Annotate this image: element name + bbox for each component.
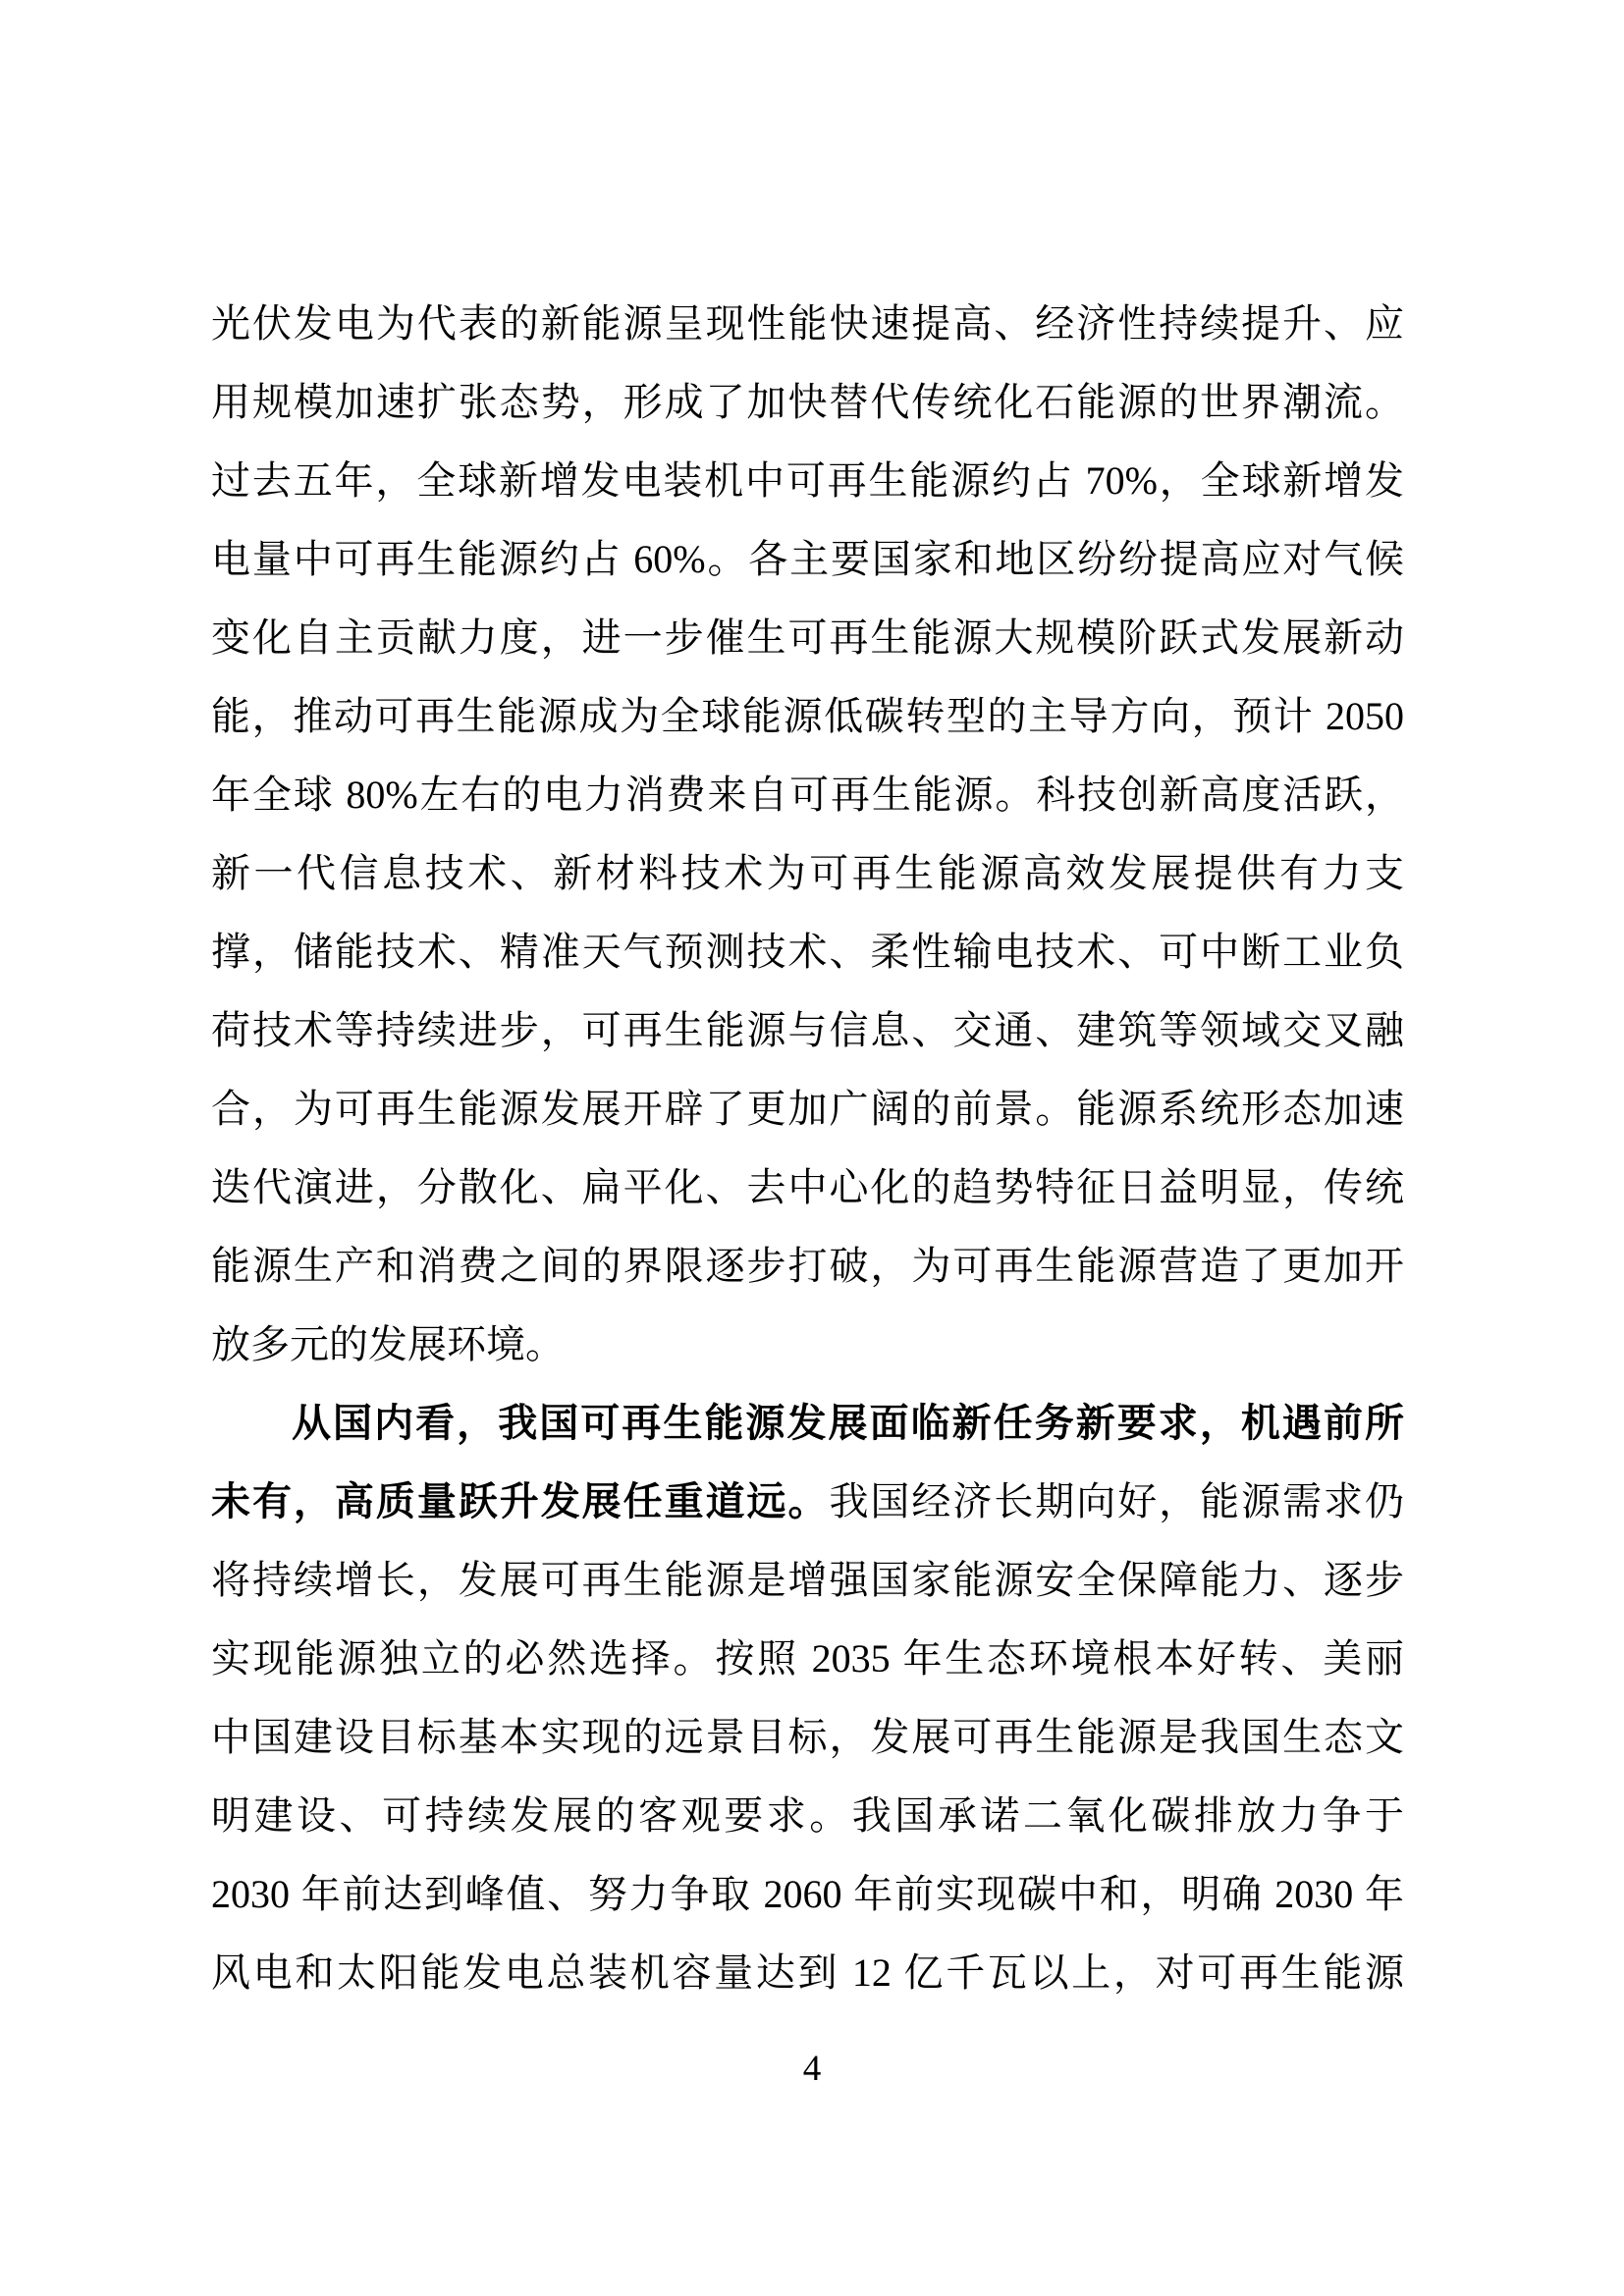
text-line: 新一代信息技术、新材料技术为可再生能源高效发展提供有力支 <box>211 834 1404 913</box>
text-segment: 年全球 80%左右的电力消费来自可再生能源。科技创新高度活跃， <box>211 773 1404 817</box>
paragraph-domestic-outlook: 从国内看，我国可再生能源发展面临新任务新要求，机遇前所未有，高质量跃升发展任重道… <box>211 1384 1404 2012</box>
text-line: 实现能源独立的必然选择。按照 2035 年生态环境根本好转、美丽 <box>211 1620 1404 1698</box>
text-segment: 放多元的发展环境。 <box>211 1322 565 1366</box>
text-segment: 变化自主贡献力度，进一步催生可再生能源大规模阶跃式发展新动 <box>211 615 1404 660</box>
emphasis-text-segment: 未有，高质量跃升发展任重道远。 <box>211 1479 829 1523</box>
text-segment: 中国建设目标基本实现的远景目标，发展可再生能源是我国生态文 <box>211 1715 1404 1759</box>
text-line: 过去五年，全球新增发电装机中可再生能源约占 70%，全球新增发 <box>211 442 1404 520</box>
text-line: 变化自主贡献力度，进一步催生可再生能源大规模阶跃式发展新动 <box>211 599 1404 677</box>
text-line: 用规模加速扩张态势，形成了加快替代传统化石能源的世界潮流。 <box>211 363 1404 442</box>
text-line: 未有，高质量跃升发展任重道远。我国经济长期向好，能源需求仍 <box>211 1463 1404 1541</box>
text-segment: 迭代演进，分散化、扁平化、去中心化的趋势特征日益明显，传统 <box>211 1165 1404 1209</box>
text-segment: 过去五年，全球新增发电装机中可再生能源约占 70%，全球新增发 <box>211 458 1404 503</box>
document-page: 光伏发电为代表的新能源呈现性能快速提高、经济性持续提升、应用规模加速扩张态势，形… <box>0 0 1624 2296</box>
text-line: 中国建设目标基本实现的远景目标，发展可再生能源是我国生态文 <box>211 1698 1404 1777</box>
text-segment: 新一代信息技术、新材料技术为可再生能源高效发展提供有力支 <box>211 851 1404 895</box>
text-segment: 我国经济长期向好，能源需求仍 <box>829 1479 1404 1523</box>
text-segment: 风电和太阳能发电总装机容量达到 12 亿千瓦以上，对可再生能源 <box>211 1950 1404 1995</box>
text-segment: 撑，储能技术、精准天气预测技术、柔性输电技术、可中断工业负 <box>211 930 1404 974</box>
text-line: 能，推动可再生能源成为全球能源低碳转型的主导方向，预计 2050 <box>211 677 1404 756</box>
page-number: 4 <box>803 2049 822 2089</box>
text-line: 从国内看，我国可再生能源发展面临新任务新要求，机遇前所 <box>211 1384 1404 1463</box>
text-segment: 能，推动可再生能源成为全球能源低碳转型的主导方向，预计 2050 <box>211 694 1404 738</box>
paragraph-global-trends: 光伏发电为代表的新能源呈现性能快速提高、经济性持续提升、应用规模加速扩张态势，形… <box>211 285 1404 1384</box>
text-segment: 光伏发电为代表的新能源呈现性能快速提高、经济性持续提升、应 <box>211 301 1404 346</box>
text-line: 能源生产和消费之间的界限逐步打破，为可再生能源营造了更加开 <box>211 1227 1404 1306</box>
text-line: 合，为可再生能源发展开辟了更加广阔的前景。能源系统形态加速 <box>211 1070 1404 1148</box>
text-segment: 荷技术等持续进步，可再生能源与信息、交通、建筑等领域交叉融 <box>211 1008 1404 1052</box>
text-segment: 明建设、可持续发展的客观要求。我国承诺二氧化碳排放力争于 <box>211 1793 1404 1838</box>
text-segment: 实现能源独立的必然选择。按照 2035 年生态环境根本好转、美丽 <box>211 1636 1404 1681</box>
text-line: 2030 年前达到峰值、努力争取 2060 年前实现碳中和，明确 2030 年 <box>211 1855 1404 1934</box>
text-line: 光伏发电为代表的新能源呈现性能快速提高、经济性持续提升、应 <box>211 285 1404 363</box>
text-segment: 用规模加速扩张态势，形成了加快替代传统化石能源的世界潮流。 <box>211 380 1404 424</box>
text-line: 风电和太阳能发电总装机容量达到 12 亿千瓦以上，对可再生能源 <box>211 1934 1404 2012</box>
text-segment: 能源生产和消费之间的界限逐步打破，为可再生能源营造了更加开 <box>211 1244 1404 1288</box>
text-line: 电量中可再生能源约占 60%。各主要国家和地区纷纷提高应对气候 <box>211 520 1404 599</box>
text-line: 放多元的发展环境。 <box>211 1306 1404 1384</box>
text-line: 年全球 80%左右的电力消费来自可再生能源。科技创新高度活跃， <box>211 756 1404 834</box>
text-line: 明建设、可持续发展的客观要求。我国承诺二氧化碳排放力争于 <box>211 1777 1404 1855</box>
text-line: 迭代演进，分散化、扁平化、去中心化的趋势特征日益明显，传统 <box>211 1148 1404 1227</box>
page-footer: 4 <box>0 2048 1624 2091</box>
text-line: 撑，储能技术、精准天气预测技术、柔性输电技术、可中断工业负 <box>211 913 1404 991</box>
text-segment: 合，为可再生能源发展开辟了更加广阔的前景。能源系统形态加速 <box>211 1087 1404 1131</box>
text-segment: 2030 年前达到峰值、努力争取 2060 年前实现碳中和，明确 2030 年 <box>211 1872 1404 1916</box>
text-segment: 将持续增长，发展可再生能源是增强国家能源安全保障能力、逐步 <box>211 1558 1404 1602</box>
text-line: 将持续增长，发展可再生能源是增强国家能源安全保障能力、逐步 <box>211 1541 1404 1620</box>
document-body: 光伏发电为代表的新能源呈现性能快速提高、经济性持续提升、应用规模加速扩张态势，形… <box>211 285 1404 2012</box>
text-segment: 电量中可再生能源约占 60%。各主要国家和地区纷纷提高应对气候 <box>211 537 1404 581</box>
emphasis-text-segment: 从国内看，我国可再生能源发展面临新任务新要求，机遇前所 <box>292 1401 1404 1445</box>
text-line: 荷技术等持续进步，可再生能源与信息、交通、建筑等领域交叉融 <box>211 991 1404 1070</box>
